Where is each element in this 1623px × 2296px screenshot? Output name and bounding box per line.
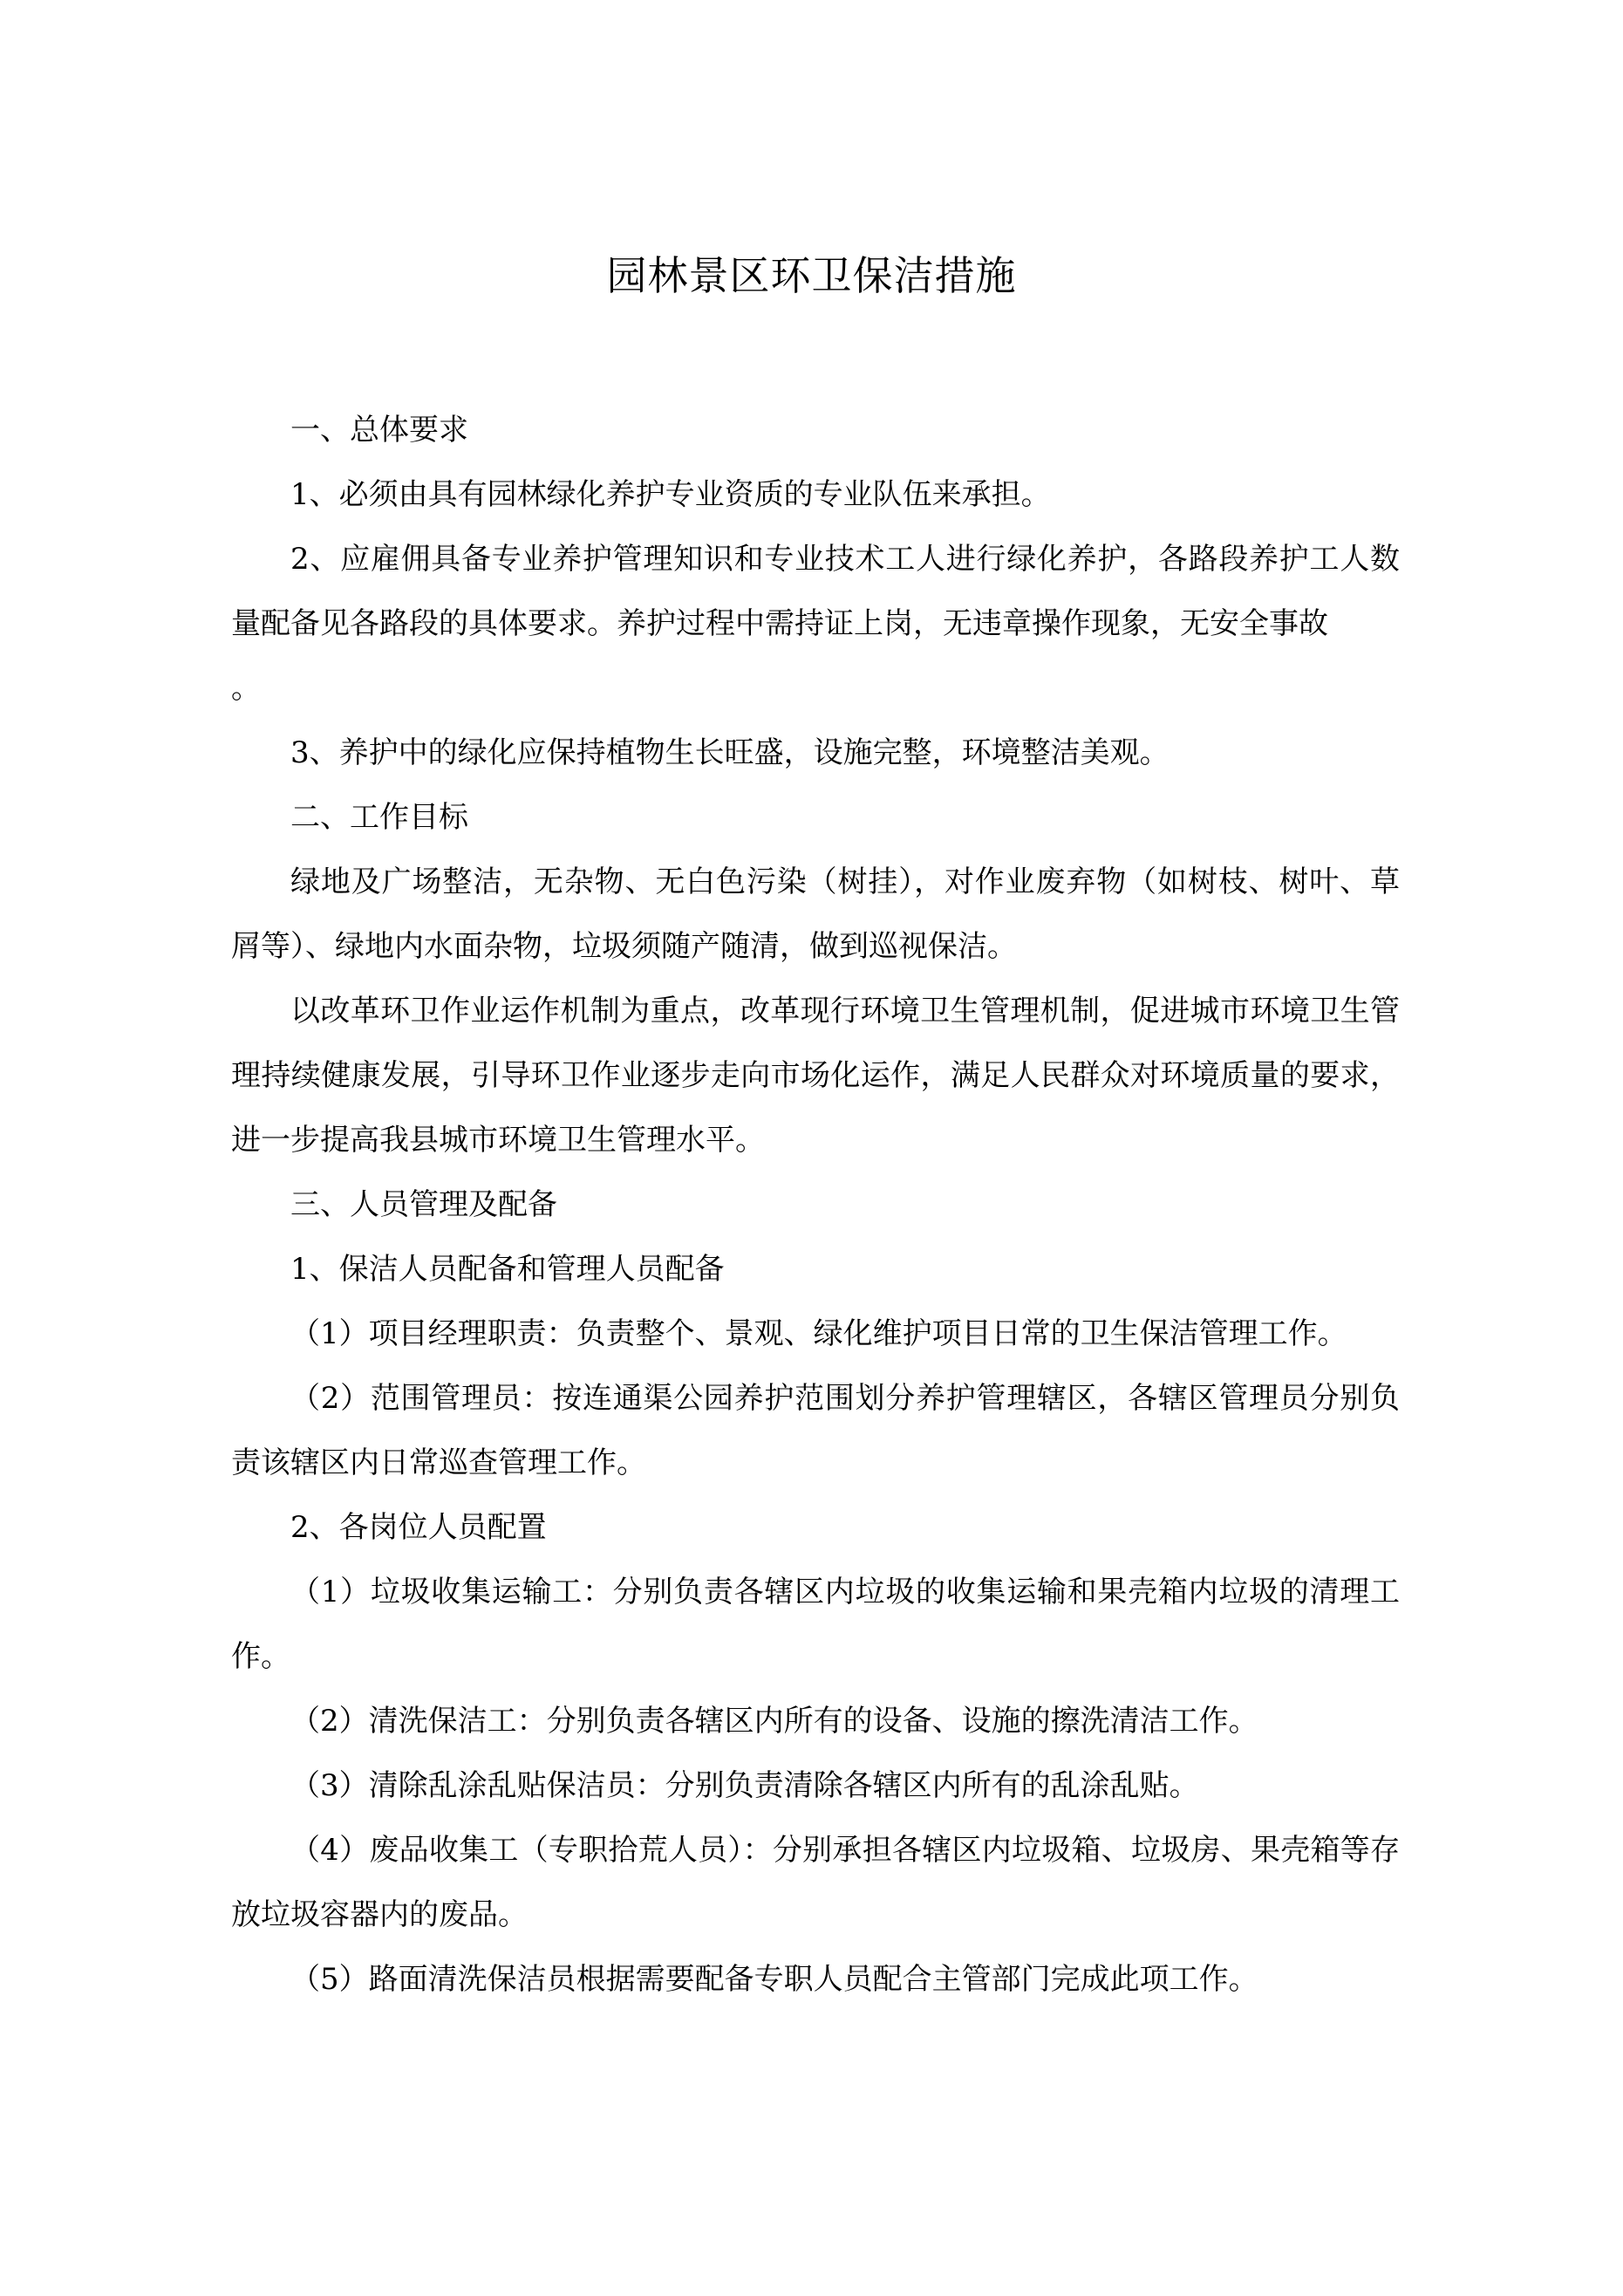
paragraph-area-manager: （2）范围管理员：按连通渠公园养护范围划分养护管理辖区，各辖区管理员分别负责该辖… bbox=[231, 1366, 1400, 1495]
document-body: 一、总体要求 1、必须由具有园林绿化养护专业资质的专业队伍来承担。 2、应雇佣具… bbox=[231, 398, 1400, 2012]
paragraph-requirement-1: 1、必须由具有园林绿化养护专业资质的专业队伍来承担。 bbox=[231, 462, 1400, 527]
section-heading-work-goals: 二、工作目标 bbox=[231, 785, 1400, 850]
paragraph-garbage-collector: （1）垃圾收集运输工：分别负责各辖区内垃圾的收集运输和果壳箱内垃圾的清理工作。 bbox=[231, 1560, 1400, 1689]
document-title: 园林景区环卫保洁措施 bbox=[0, 249, 1623, 302]
section-heading-staff-management: 三、人员管理及配备 bbox=[231, 1172, 1400, 1237]
paragraph-goal-reform: 以改革环卫作业运作机制为重点，改革现行环境卫生管理机制，促进城市环境卫生管理持续… bbox=[231, 979, 1400, 1172]
section-heading-general-requirements: 一、总体要求 bbox=[231, 398, 1400, 462]
paragraph-cleaning-worker: （2）清洗保洁工：分别负责各辖区内所有的设备、设施的擦洗清洁工作。 bbox=[231, 1689, 1400, 1753]
paragraph-requirement-2: 2、应雇佣具备专业养护管理知识和专业技术工人进行绿化养护，各路段养护工人数量配备… bbox=[231, 527, 1400, 656]
paragraph-waste-collector: （4）废品收集工（专职拾荒人员）：分别承担各辖区内垃圾箱、垃圾房、果壳箱等存放垃… bbox=[231, 1818, 1400, 1947]
paragraph-road-cleaner: （5）路面清洗保洁员根据需要配备专职人员配合主管部门完成此项工作。 bbox=[231, 1947, 1400, 2012]
document-page: 园林景区环卫保洁措施 一、总体要求 1、必须由具有园林绿化养护专业资质的专业队伍… bbox=[0, 0, 1623, 2296]
subheading-post-allocation: 2、各岗位人员配置 bbox=[231, 1495, 1400, 1560]
subheading-staff-allocation: 1、保洁人员配备和管理人员配备 bbox=[231, 1237, 1400, 1302]
paragraph-requirement-3: 3、养护中的绿化应保持植物生长旺盛，设施完整，环境整洁美观。 bbox=[231, 721, 1400, 785]
paragraph-project-manager: （1）项目经理职责：负责整个、景观、绿化维护项目日常的卫生保洁管理工作。 bbox=[231, 1302, 1400, 1366]
paragraph-goal-cleanliness: 绿地及广场整洁，无杂物、无白色污染（树挂），对作业废弃物（如树枝、树叶、草屑等）… bbox=[231, 850, 1400, 979]
paragraph-graffiti-cleaner: （3）清除乱涂乱贴保洁员：分别负责清除各辖区内所有的乱涂乱贴。 bbox=[231, 1753, 1400, 1818]
paragraph-orphan-period: 。 bbox=[231, 656, 1400, 721]
